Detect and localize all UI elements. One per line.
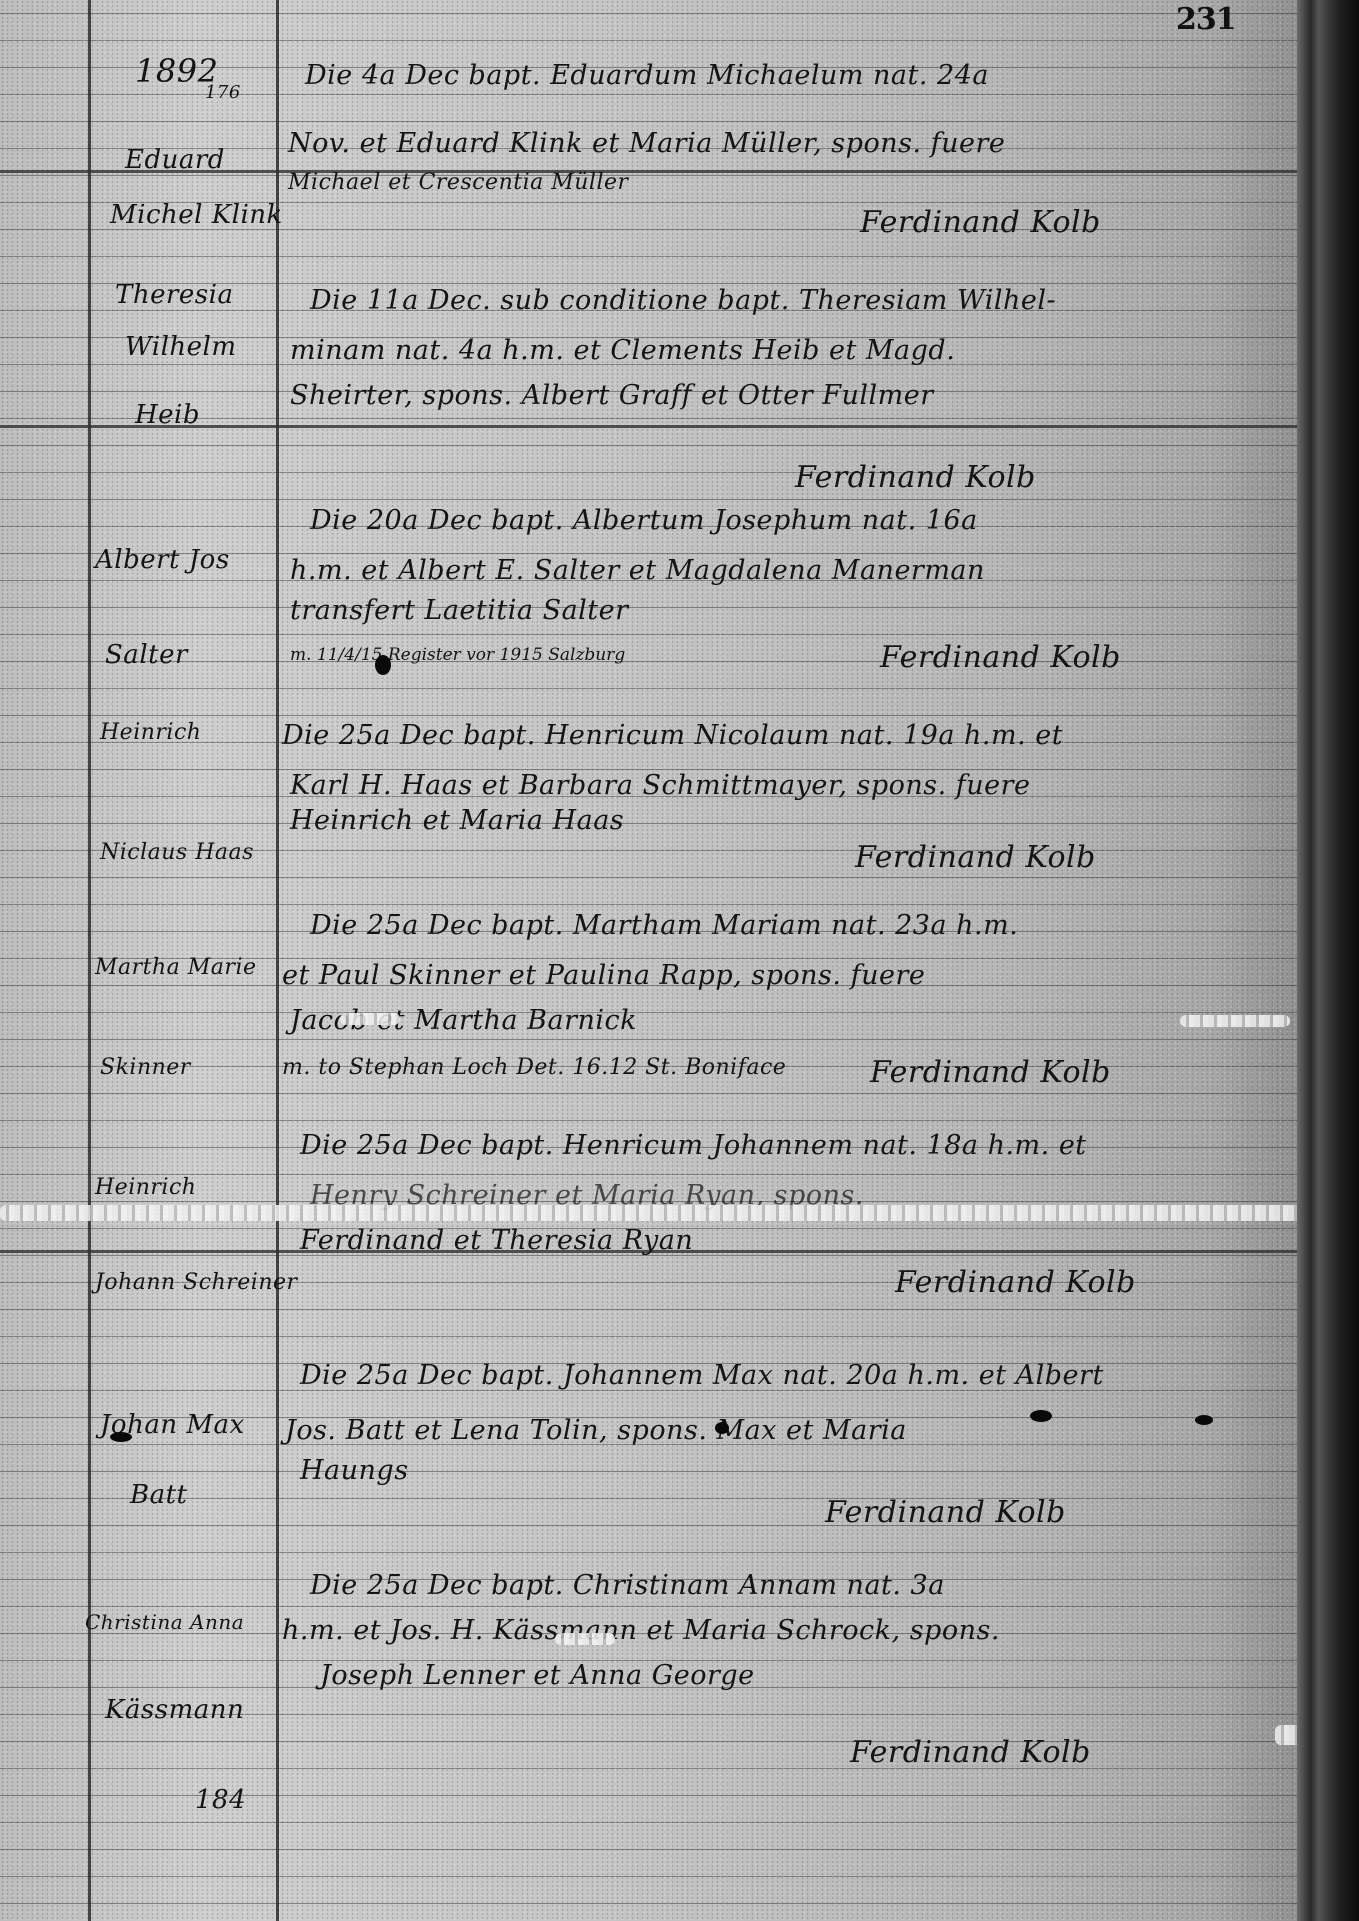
record-line: Die 25a Dec bapt. Henricum Nicolaum nat.…: [282, 720, 1063, 751]
annotation-line: m. to Stephan Loch Det. 16.12 St. Bonifa…: [282, 1055, 786, 1080]
child-name-line-2: Michel Klink: [110, 200, 283, 230]
child-name-line-2: Skinner: [100, 1055, 191, 1080]
running-count-top: 176: [205, 82, 241, 103]
record-line: Heinrich et Maria Haas: [290, 805, 624, 836]
paper-damage: [340, 1013, 400, 1025]
record-line: Jos. Batt et Lena Tolin, spons. Max et M…: [285, 1415, 907, 1446]
priest-signature: Ferdinand Kolb: [860, 205, 1101, 240]
ink-blot: [1030, 1410, 1052, 1422]
record-line: transfert Laetitia Salter: [290, 595, 629, 626]
register-page: 231 1892 176 Eduard Michel Klink Die 4a …: [0, 0, 1318, 1921]
priest-signature: Ferdinand Kolb: [795, 460, 1036, 495]
child-name-line-2: Wilhelm: [125, 332, 237, 362]
child-name-line-1: Albert Jos: [95, 545, 230, 575]
record-line: h.m. et Albert E. Salter et Magdalena Ma…: [290, 555, 985, 586]
child-name-line-1: Eduard: [125, 145, 225, 175]
record-line: Michael et Crescentia Müller: [288, 170, 629, 195]
child-name-line-1: Heinrich: [95, 1175, 196, 1200]
child-name-line-2: Johann Schreiner: [95, 1270, 298, 1295]
priest-signature: Ferdinand Kolb: [895, 1265, 1136, 1300]
paper-damage: [555, 1633, 615, 1645]
record-line: Die 25a Dec bapt. Henricum Johannem nat.…: [300, 1130, 1087, 1161]
priest-signature: Ferdinand Kolb: [850, 1735, 1091, 1770]
record-line: Joseph Lenner et Anna George: [320, 1660, 755, 1691]
paper-damage: [1180, 1015, 1290, 1027]
record-line: Sheirter, spons. Albert Graff et Otter F…: [290, 380, 934, 411]
child-name-line-1: Theresia: [115, 280, 233, 310]
ink-blot: [375, 655, 391, 675]
name-column-rule: [276, 0, 279, 1921]
record-line: Die 4a Dec bapt. Eduardum Michaelum nat.…: [305, 60, 989, 91]
child-name-line-1: Christina Anna: [85, 1610, 244, 1634]
ink-blot: [1195, 1415, 1213, 1425]
child-name-line-1: Heinrich: [100, 720, 201, 745]
record-line: Die 20a Dec bapt. Albertum Josephum nat.…: [310, 505, 978, 536]
record-line: Die 25a Dec bapt. Martham Mariam nat. 23…: [310, 910, 1018, 941]
child-name-line-2: Niclaus Haas: [100, 840, 254, 865]
child-name-line-3: Heib: [135, 400, 200, 430]
record-line: Karl H. Haas et Barbara Schmittmayer, sp…: [290, 770, 1031, 801]
child-name-line-2: Kässmann: [105, 1695, 244, 1725]
child-name-line-2: Batt: [130, 1480, 188, 1510]
record-line: Die 11a Dec. sub conditione bapt. Theres…: [310, 285, 1056, 316]
record-line: Die 25a Dec bapt. Christinam Annam nat. …: [310, 1570, 945, 1601]
record-line: minam nat. 4a h.m. et Clements Heib et M…: [290, 335, 955, 366]
running-count-bottom: 184: [195, 1785, 246, 1815]
priest-signature: Ferdinand Kolb: [855, 840, 1096, 875]
record-line: Haungs: [300, 1455, 409, 1486]
child-name-line-1: Martha Marie: [95, 955, 257, 980]
ink-blot: [110, 1432, 132, 1442]
ink-blot: [715, 1422, 729, 1434]
book-binding-shadow: [1297, 0, 1359, 1921]
record-line: h.m. et Jos. H. Kässmann et Maria Schroc…: [282, 1615, 1000, 1646]
child-name-line-2: Salter: [105, 640, 188, 670]
record-line: Die 25a Dec bapt. Johannem Max nat. 20a …: [300, 1360, 1104, 1391]
record-line: Ferdinand et Theresia Ryan: [300, 1225, 693, 1256]
page-number: 231: [1176, 2, 1236, 37]
record-line: et Paul Skinner et Paulina Rapp, spons. …: [282, 960, 925, 991]
annotation-line: m. 11/4/15 Register vor 1915 Salzburg: [290, 645, 625, 665]
priest-signature: Ferdinand Kolb: [880, 640, 1121, 675]
priest-signature: Ferdinand Kolb: [825, 1495, 1066, 1530]
priest-signature: Ferdinand Kolb: [870, 1055, 1111, 1090]
record-line: Nov. et Eduard Klink et Maria Müller, sp…: [288, 128, 1005, 159]
paper-tear: [0, 1205, 1318, 1221]
